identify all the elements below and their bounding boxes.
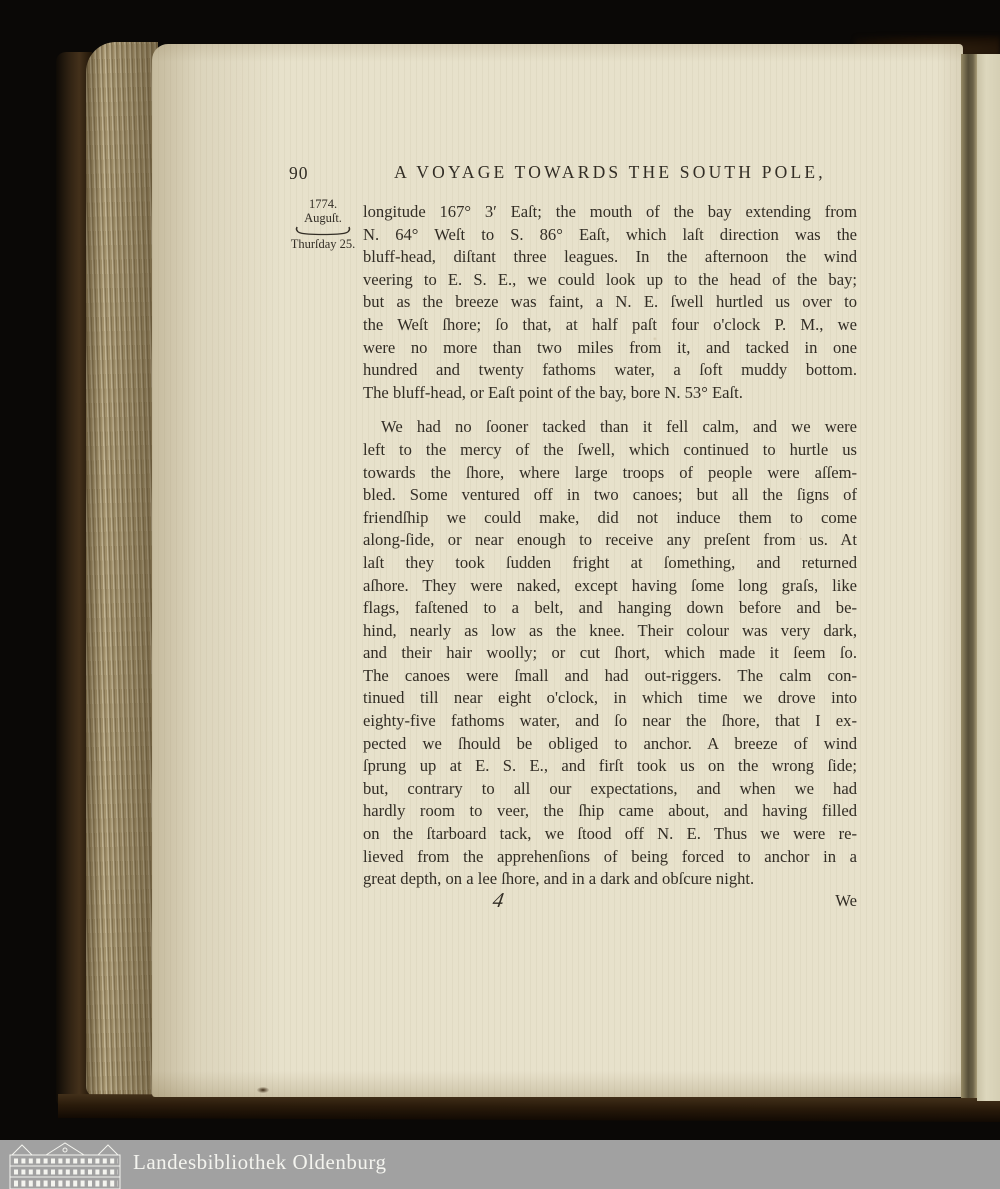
text-line: but, contrary to all our expectations, a… [363,778,857,801]
margin-note-day: Thurſday 25. [288,237,358,251]
text-line: tinued till near eight o'clock, in which… [363,687,857,710]
text-line: aſhore. They were naked, except having ſ… [363,575,857,598]
text-line: towards the ſhore, where large troops of… [363,462,857,485]
margin-note-year: 1774. [288,197,358,211]
text-line: N. 64° Weſt to S. 86° Eaſt, which laſt d… [363,224,857,247]
book-scan: 90 A VOYAGE TOWARDS THE SOUTH POLE, 1774… [0,0,1000,1189]
text-line: flags, faſtened to a belt, and hanging d… [363,597,857,620]
paragraph: longitude 167° 3′ Eaſt; the mouth of the… [363,201,857,404]
text-line: bled. Some ventured off in two canoes; b… [363,484,857,507]
text-line: on the ſtarboard tack, we ſtood off N. E… [363,823,857,846]
text-line: hardly room to veer, the ſhip came about… [363,800,857,823]
text-line: The canoes were ſmall and had out-rigger… [363,665,857,688]
text-line: the Weſt ſhore; ſo that, at half paſt fo… [363,314,857,337]
text-line: and their hair woolly; or cut ſhort, whi… [363,642,857,665]
text-line: eighty-five fathoms water, and ſo near t… [363,710,857,733]
text-line: friendſhip we could make, did not induce… [363,507,857,530]
margin-note: 1774. Auguſt. Thurſday 25. [288,197,358,251]
paragraph: We had no ſooner tacked than it fell cal… [363,416,857,890]
text-line: bluff-head, diſtant three leagues. In th… [363,246,857,269]
text-line: hundred and twenty fathoms water, a ſoft… [363,359,857,382]
text-line: laſt they took ſudden fright at ſomethin… [363,552,857,575]
ink-stain [257,1087,269,1093]
text-line: were no more than two miles from it, and… [363,337,857,360]
text-line: along-ſide, or near enough to receive an… [363,529,857,552]
text-line: but as the breeze was faint, a N. E. ſwe… [363,291,857,314]
library-logo-icon [8,1141,122,1189]
page-edges [86,42,158,1098]
library-name: Landesbibliothek Oldenburg [133,1150,387,1175]
book-cover-bottom [58,1094,1000,1122]
text-line: We had no ſooner tacked than it fell cal… [363,416,857,439]
text-line: veering to E. S. E., we could look up to… [363,269,857,292]
page-number: 90 [289,163,309,184]
body-text: longitude 167° 3′ Eaſt; the mouth of the… [363,201,857,891]
text-line: longitude 167° 3′ Eaſt; the mouth of the… [363,201,857,224]
text-line: great depth, on a lee ſhore, and in a da… [363,868,857,891]
library-footer-bar: Landesbibliothek Oldenburg [0,1140,1000,1189]
text-line: left to the mercy of the ſwell, which co… [363,439,857,462]
brace-icon [294,225,352,236]
facing-page-edge [977,54,1000,1101]
margin-note-month: Auguſt. [288,211,358,225]
text-line: pected we ſhould be obliged to anchor. A… [363,733,857,756]
running-head: A VOYAGE TOWARDS THE SOUTH POLE, [363,162,857,183]
text-line: hind, nearly as low as the knee. Their c… [363,620,857,643]
text-line: lieved from the apprehenſions of being f… [363,846,857,869]
text-line: ſprung up at E. S. E., and firſt took us… [363,755,857,778]
catchword: We [363,891,857,911]
page-gutter [961,54,977,1098]
text-line: The bluff-head, or Eaſt point of the bay… [363,382,857,405]
